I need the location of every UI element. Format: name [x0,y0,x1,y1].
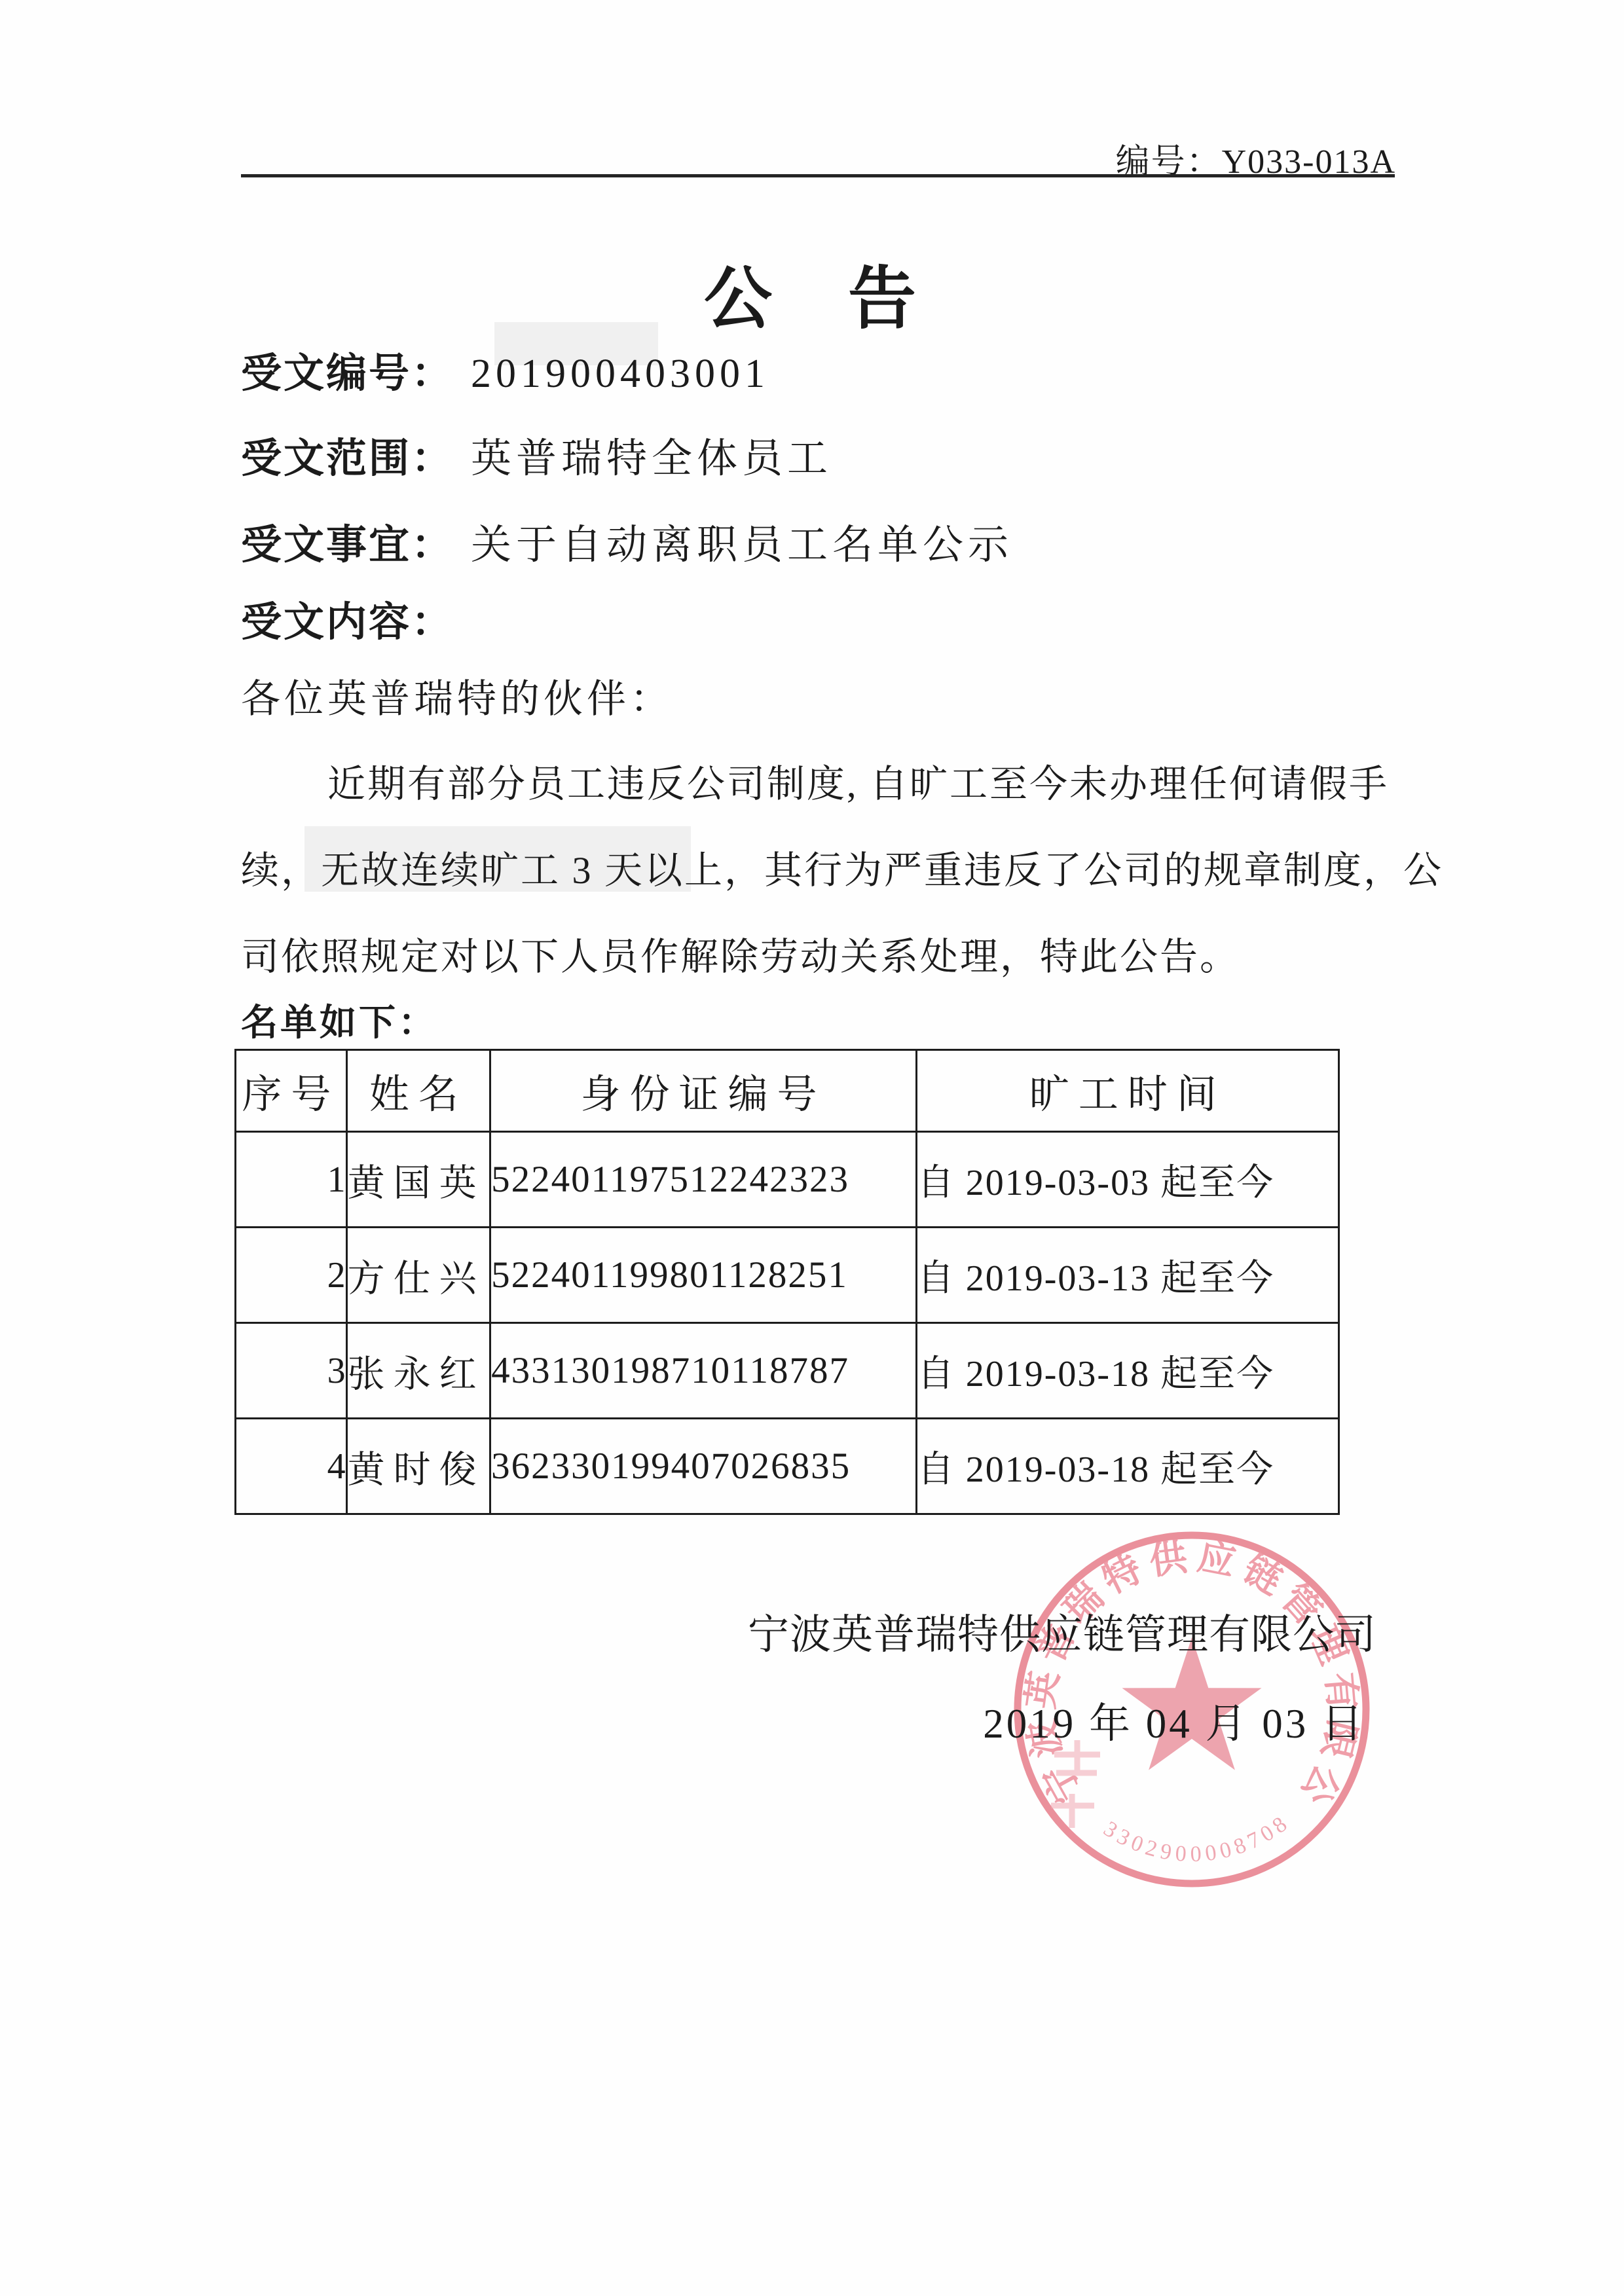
page-title: 公 告 [0,244,1624,342]
cell-name: 黄时俊 [346,1419,490,1514]
col-header-name: 姓名 [346,1050,490,1132]
field-doc-number-label: 受文编号： [241,352,454,396]
cell-id: 522401199801128251 [490,1228,917,1323]
table-header-row: 序号 姓名 身份证编号 旷工时间 [236,1050,1339,1132]
col-header-absence-period: 旷工时间 [916,1050,1338,1132]
signature-date: 2019 年 04 月 03 日 [983,1690,1365,1750]
cell-name: 黄国英 [346,1132,490,1228]
col-header-id-number: 身份证编号 [490,1050,917,1132]
field-content: 受文内容： [241,589,471,647]
table-row: 1 黄国英 522401197512242323 自 2019-03-03 起至… [236,1132,1339,1228]
seal-number: 3302900008708 [1099,1810,1295,1867]
table-row: 2 方仕兴 522401199801128251 自 2019-03-13 起至… [236,1228,1339,1323]
cell-id: 433130198710118787 [490,1323,917,1419]
table-row: 3 张永红 433130198710118787 自 2019-03-18 起至… [236,1323,1339,1419]
cell-absence: 自 2019-03-18 起至今 [916,1419,1338,1514]
list-intro: 名单如下： [241,994,437,1046]
field-subject-value: 关于自动离职员工名单公示 [454,523,1013,568]
field-scope-label: 受文范围： [241,437,454,481]
cell-index: 1 [236,1132,347,1228]
body-line-1: 近期有部分员工违反公司制度, 自旷工至今未办理任何请假手 [327,753,1383,816]
cell-index: 3 [236,1323,347,1419]
signature-company: 宁波英普瑞特供应链管理有限公司 [748,1601,1376,1661]
table-row: 4 黄时俊 362330199407026835 自 2019-03-18 起至… [236,1419,1339,1514]
cell-index: 2 [236,1228,347,1323]
cell-id: 522401197512242323 [490,1132,917,1228]
field-content-value [454,600,471,645]
cell-index: 4 [236,1419,347,1514]
field-subject: 受文事宜：关于自动离职员工名单公示 [241,512,1013,570]
cell-id: 362330199407026835 [490,1419,917,1514]
field-content-label: 受文内容： [241,600,454,645]
cell-name: 方仕兴 [346,1228,490,1323]
scanned-announcement-page: 编号：Y033-013A 公 告 受文编号：201900403001 受文范围：… [0,0,1624,2296]
field-doc-number: 受文编号：201900403001 [241,340,769,399]
salutation: 各位英普瑞特的伙伴： [241,668,673,724]
body-line-2: 续，无故连续旷工 3 天以上，其行为严重违反了公司的规章制度，公 [241,839,1383,902]
dismissal-roster-table: 序号 姓名 身份证编号 旷工时间 1 黄国英 52240119751224232… [234,1049,1340,1515]
field-scope: 受文范围：英普瑞特全体员工 [241,426,832,484]
cell-name: 张永红 [346,1323,490,1419]
cell-absence: 自 2019-03-03 起至今 [916,1132,1338,1228]
header-rule [241,174,1395,177]
field-subject-label: 受文事宜： [241,523,454,568]
field-doc-number-value: 201900403001 [454,352,769,396]
body-line-3: 司依照规定对以下人员作解除劳动关系处理，特此公告。 [241,926,1383,989]
cell-absence: 自 2019-03-18 起至今 [916,1323,1338,1419]
col-header-index: 序号 [236,1050,347,1132]
cell-absence: 自 2019-03-13 起至今 [916,1228,1338,1323]
field-scope-value: 英普瑞特全体员工 [454,437,832,481]
